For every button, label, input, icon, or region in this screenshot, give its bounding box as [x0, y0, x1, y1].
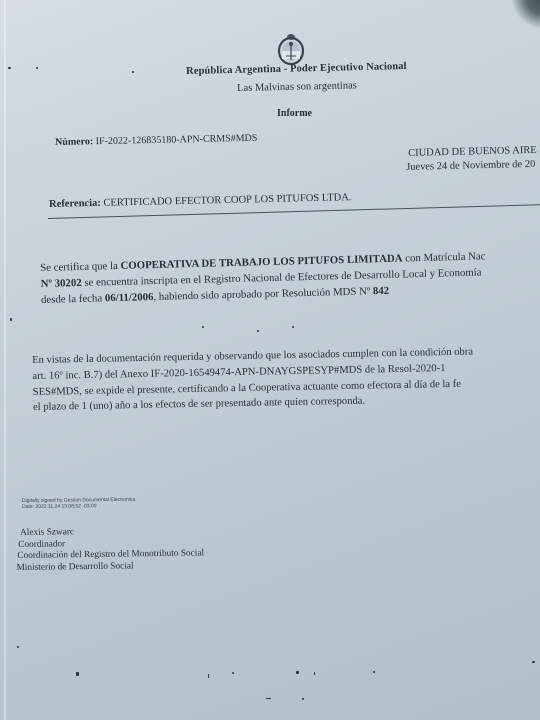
ink-speck: [232, 672, 234, 674]
document-type: Informe: [277, 108, 312, 119]
ink-speck: [292, 326, 294, 328]
ink-speck: [373, 671, 375, 673]
ink-speck: [302, 698, 304, 700]
resolution-number: 842: [373, 285, 390, 297]
reference-value: CERTIFICADO EFECTOR COOP LOS PITUFOS LTD…: [103, 192, 351, 209]
text: desde la fecha: [41, 292, 105, 306]
registration-date: 06/11/2006: [105, 291, 154, 304]
numero-value: IF-2022-126835180-APN-CRMS#MDS: [96, 133, 258, 147]
header-title: República Argentina - Poder Ejecutivo Na…: [186, 61, 407, 77]
digital-signature-stamp: Digitally signed by Gestion Documental E…: [22, 497, 135, 510]
ink-speck: [132, 71, 134, 73]
reference: Referencia: CERTIFICADO EFECTOR COOP LOS…: [49, 192, 352, 210]
document-number: Número: IF-2022-126835180-APN-CRMS#MDS: [55, 133, 258, 148]
ink-speck: [202, 326, 204, 328]
signer-block: Alexis Szwarc Coordinador Coordinación d…: [16, 525, 204, 574]
ink-speck: [257, 330, 259, 332]
ink-speck: [10, 318, 12, 321]
ink-speck: [76, 672, 79, 676]
argentina-coat-of-arms-icon: [277, 32, 305, 66]
ink-speck: [17, 646, 19, 648]
corner-shadow: [510, 0, 540, 30]
ink-speck: [532, 661, 535, 663]
paper-edge: [4, 0, 6, 720]
signer-ministry: Ministerio de Desarrollo Social: [16, 560, 204, 574]
reference-label: Referencia:: [49, 198, 101, 210]
date: Jueves 24 de Noviembre de 20: [406, 159, 535, 173]
registration-number: Nº 30202: [40, 277, 81, 290]
city: CIUDAD DE BUENOS AIRE: [408, 145, 537, 159]
ink-speck: [208, 674, 209, 678]
document-photo: República Argentina - Poder Ejecutivo Na…: [0, 0, 540, 720]
text: con Matrícula Nac: [402, 250, 485, 264]
text: , habiendo sido aprobado por Resolución …: [153, 285, 373, 303]
ink-speck: [8, 67, 11, 69]
ink-speck: [266, 698, 271, 699]
header-subtitle: Las Malvinas son argentinas: [237, 80, 357, 94]
numero-label: Número:: [55, 136, 93, 148]
certification-paragraph: Se certifica que la COOPERATIVA DE TRABA…: [40, 245, 540, 308]
ink-speck: [296, 671, 299, 674]
ink-speck: [36, 67, 38, 69]
issuance-paragraph: En vistas de la documentación requerida …: [32, 342, 540, 416]
text: Se certifica que la: [40, 260, 121, 274]
signature-date: Date: 2022.11.24 13:08:52 -03:00: [22, 503, 135, 510]
ink-speck: [314, 672, 315, 675]
